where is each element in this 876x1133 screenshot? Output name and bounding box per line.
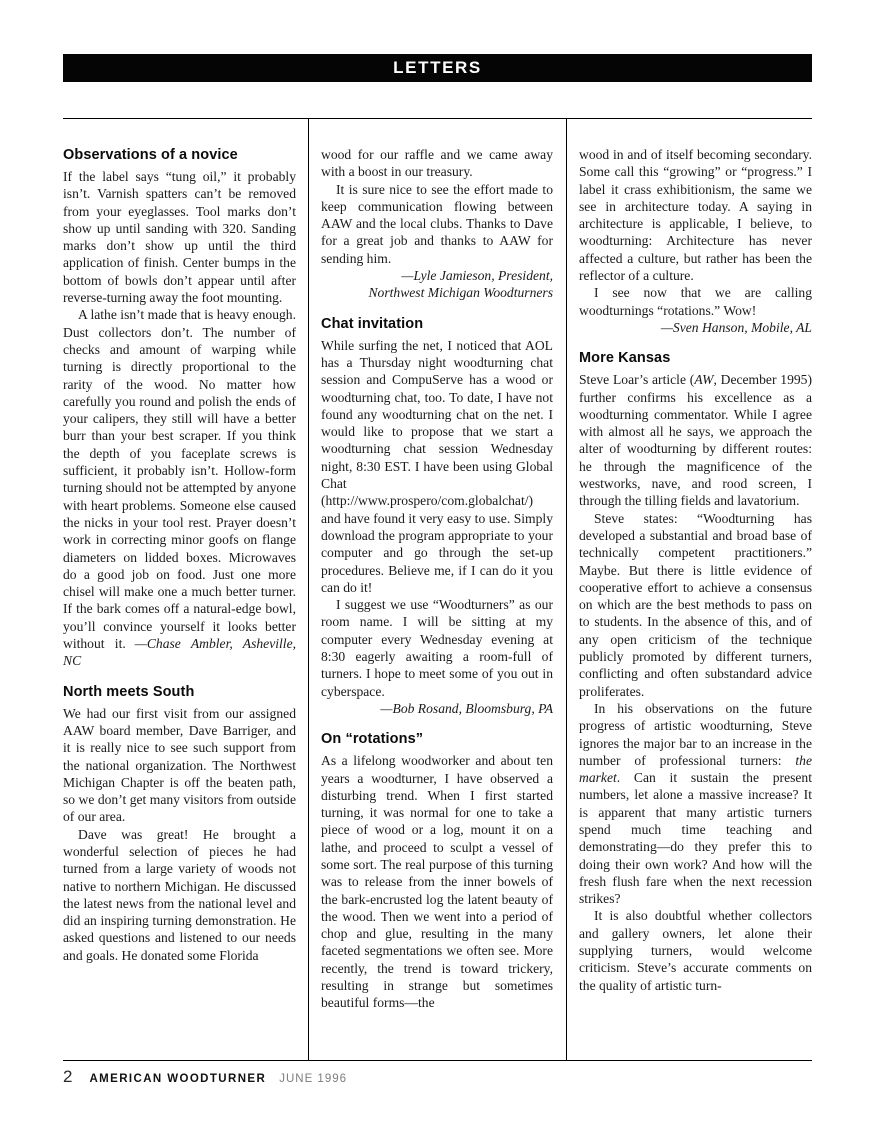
paragraph-text: , December 1995) further confirms his ex… — [579, 372, 812, 508]
paragraph-text: In his observations on the future progre… — [579, 701, 812, 768]
letter-paragraph: It is also doubtful whether collectors a… — [579, 907, 812, 993]
letter-signature: —Lyle Jamieson, President, — [321, 267, 553, 284]
letter-paragraph: A lathe isn’t made that is heavy enough.… — [63, 306, 296, 669]
letter-chat-invitation: Chat invitation While surfing the net, I… — [321, 315, 553, 718]
letter-heading: Chat invitation — [321, 315, 553, 333]
letter-more-kansas: More Kansas Steve Loar’s article (AW, De… — [579, 349, 812, 994]
letter-paragraph: Dave was great! He brought a wonderful s… — [63, 826, 296, 964]
letter-paragraph: wood in and of itself becoming secondary… — [579, 146, 812, 284]
letter-paragraph: If the label says “tung oil,” it probabl… — [63, 168, 296, 306]
letter-north-meets-south: North meets South We had our first visit… — [63, 683, 296, 964]
magazine-title: AMERICAN WOODTURNER — [89, 1073, 266, 1085]
letter-paragraph: Steve states: “Woodturning has developed… — [579, 510, 812, 700]
letter-signature: —Sven Hanson, Mobile, AL — [579, 319, 812, 336]
letter-on-rotations: On “rotations” As a lifelong woodworker … — [321, 730, 553, 1011]
letter-heading: On “rotations” — [321, 730, 553, 748]
issue-date: JUNE 1996 — [279, 1073, 347, 1085]
paragraph-text: A lathe isn’t made that is heavy enough.… — [63, 307, 296, 651]
letter-paragraph: I see now that we are calling woodturnin… — [579, 284, 812, 319]
letter-north-meets-south-continued: wood for our raffle and we came away wit… — [321, 146, 553, 302]
letter-signature-affiliation: Northwest Michigan Woodturners — [321, 284, 553, 301]
letter-signature: —Bob Rosand, Bloomsburg, PA — [321, 700, 553, 717]
letter-paragraph: In his observations on the future progre… — [579, 700, 812, 908]
page-title: LETTERS — [393, 58, 482, 78]
letter-paragraph: While surfing the net, I noticed that AO… — [321, 337, 553, 596]
letter-heading: More Kansas — [579, 349, 812, 367]
letter-paragraph: wood for our raffle and we came away wit… — [321, 146, 553, 181]
letter-heading: North meets South — [63, 683, 296, 701]
letter-on-rotations-continued: wood in and of itself becoming secondary… — [579, 146, 812, 336]
letter-paragraph: Steve Loar’s article (AW, December 1995)… — [579, 371, 812, 509]
letter-paragraph: We had our first visit from our assigned… — [63, 705, 296, 826]
letter-paragraph: It is sure nice to see the effort made t… — [321, 181, 553, 267]
letters-content-area: Observations of a novice If the label sa… — [63, 118, 812, 1061]
letter-heading: Observations of a novice — [63, 146, 296, 164]
column-1: Observations of a novice If the label sa… — [63, 119, 308, 1060]
paragraph-text: . Can it sustain the present numbers, le… — [579, 770, 812, 906]
page-footer: 2 AMERICAN WOODTURNER JUNE 1996 — [63, 1067, 812, 1087]
column-2: wood for our raffle and we came away wit… — [308, 119, 567, 1060]
letters-header-bar: LETTERS — [63, 54, 812, 82]
page-number: 2 — [63, 1067, 72, 1087]
italic-publication-name: AW — [694, 372, 713, 387]
paragraph-text: Steve Loar’s article ( — [579, 372, 694, 387]
letter-observations-of-a-novice: Observations of a novice If the label sa… — [63, 146, 296, 670]
letter-paragraph: As a lifelong woodworker and about ten y… — [321, 752, 553, 1011]
magazine-letters-page: LETTERS Observations of a novice If the … — [0, 0, 876, 1133]
letter-paragraph: I suggest we use “Woodturners” as our ro… — [321, 596, 553, 700]
column-3: wood in and of itself becoming secondary… — [567, 119, 812, 1060]
